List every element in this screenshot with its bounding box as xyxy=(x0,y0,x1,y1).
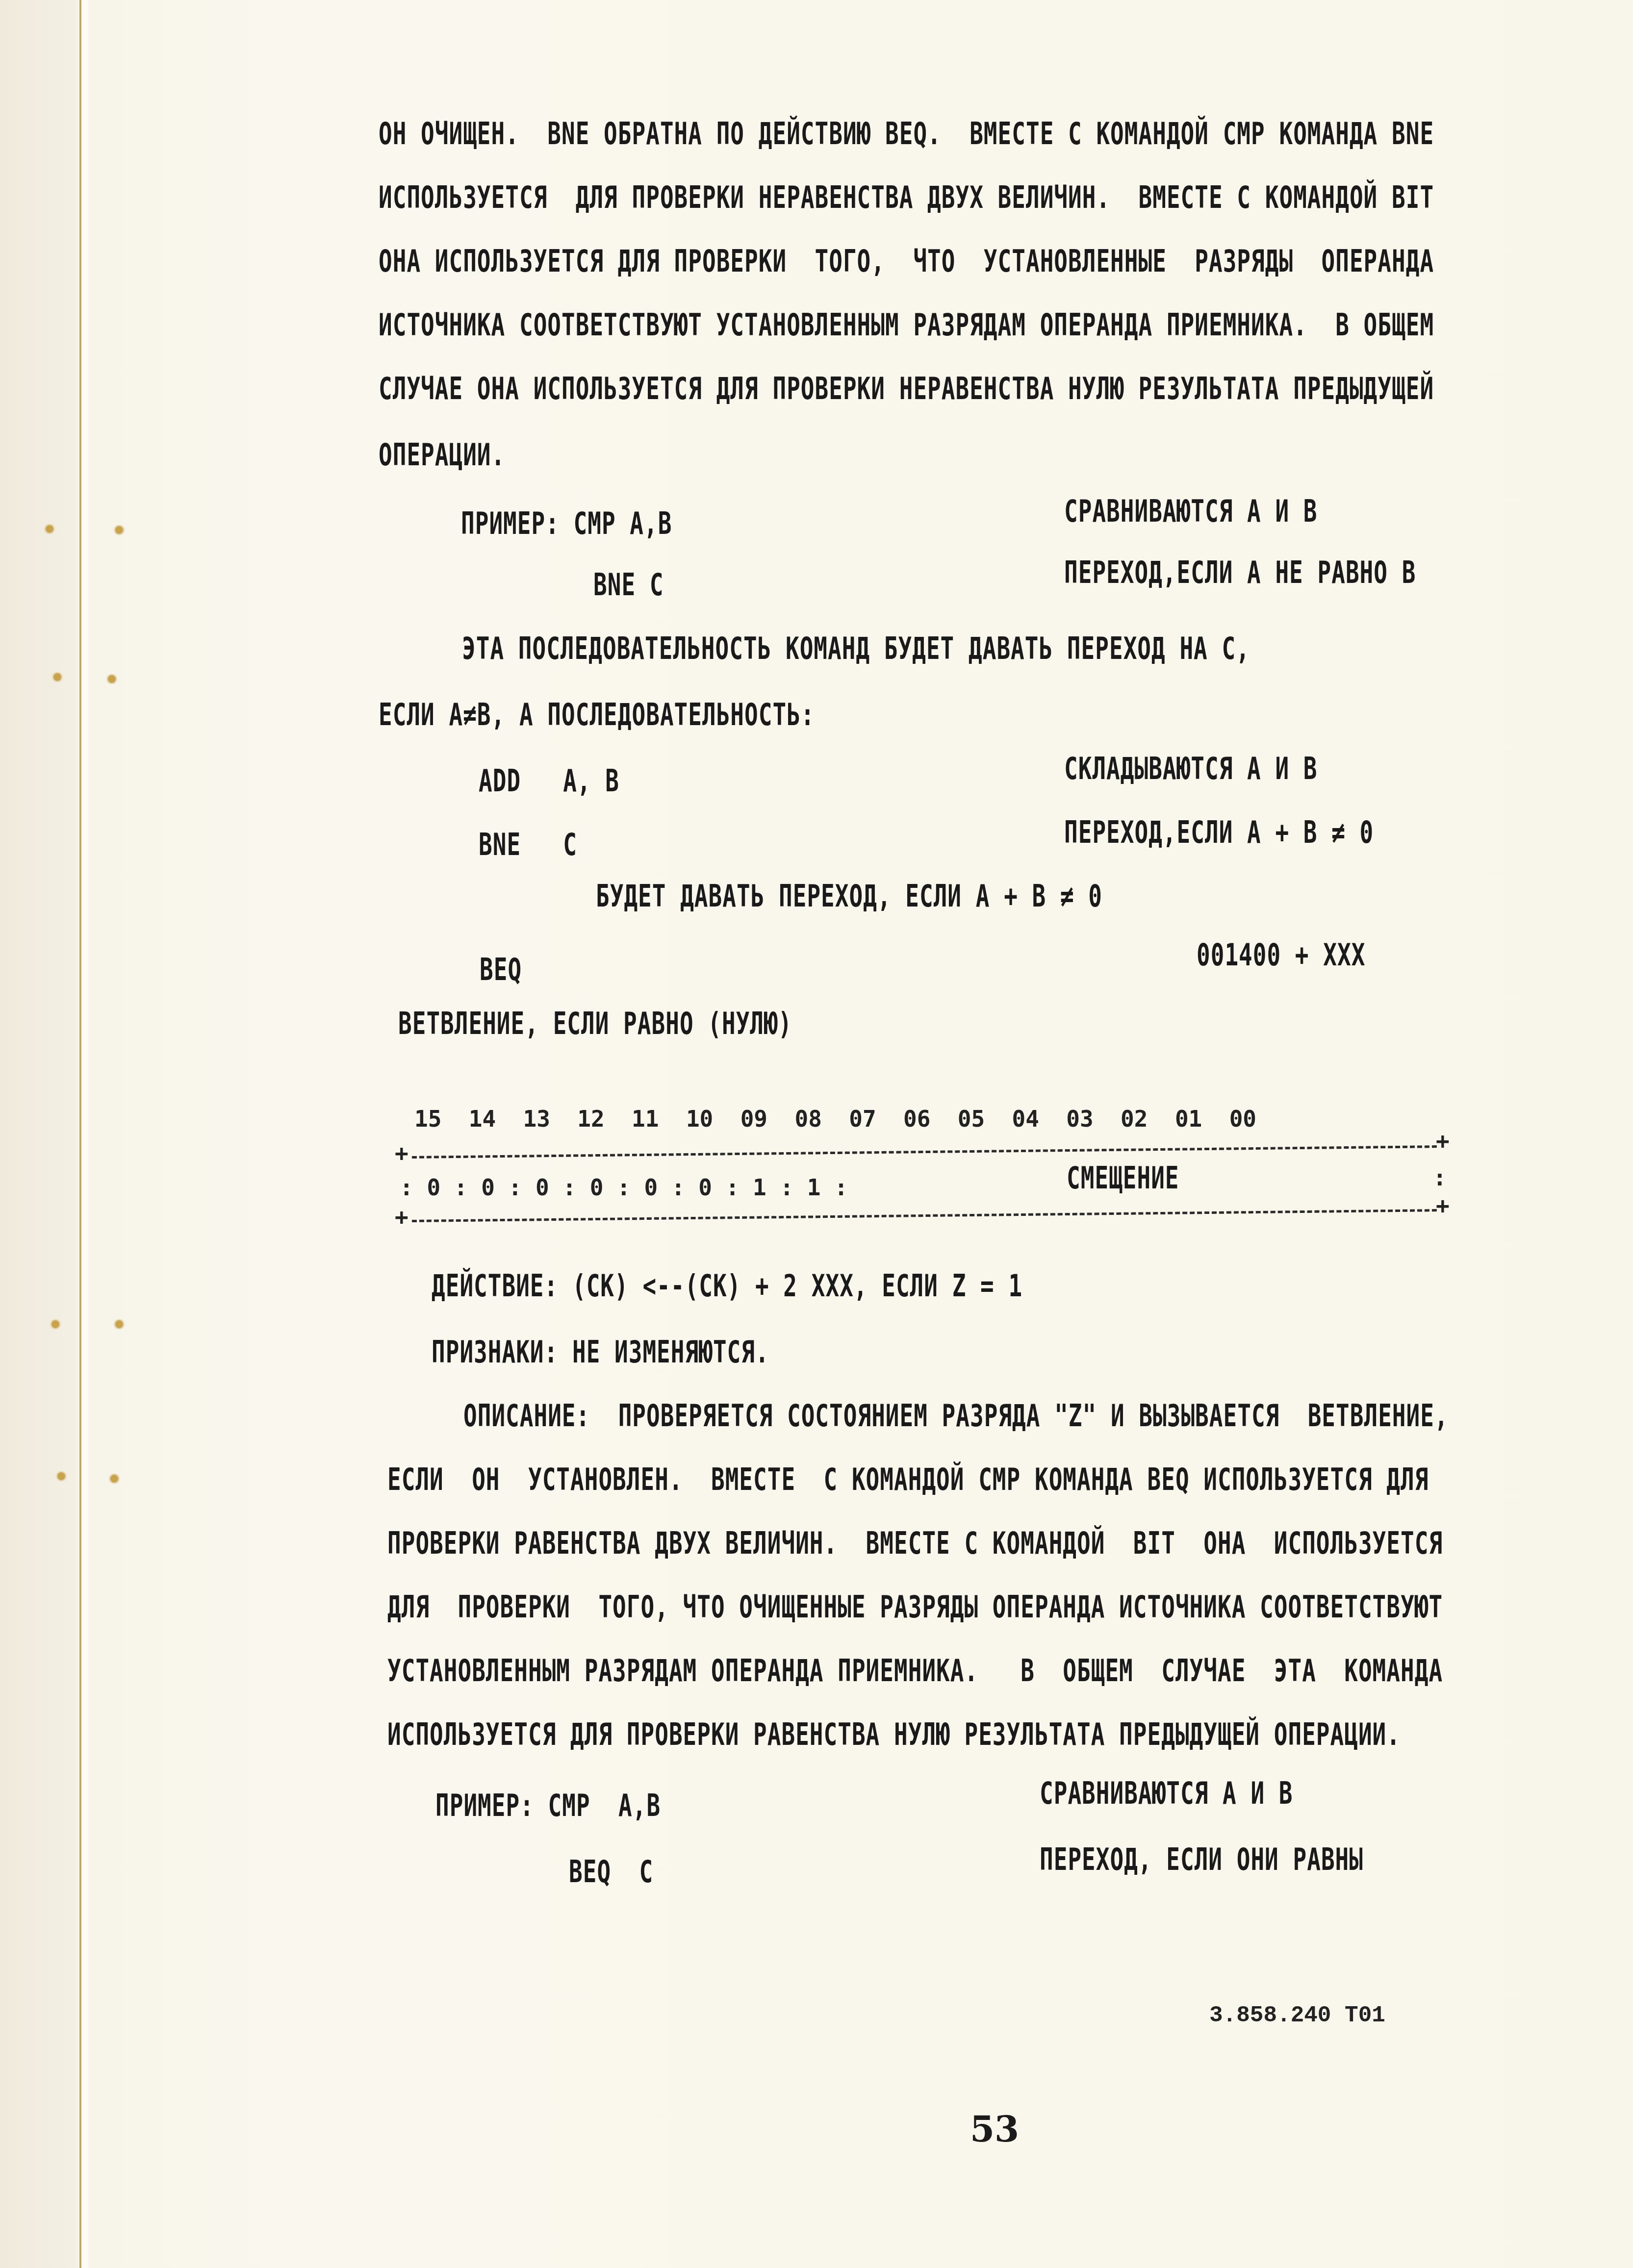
bne-paragraph-line: ОПЕРАЦИИ. xyxy=(379,437,505,473)
beq-example-code-2: BEQ C xyxy=(569,1854,653,1890)
beq-opcode: 001400 + XXX xyxy=(1197,937,1365,973)
bne-paragraph-line: ОНА ИСПОЛЬЗУЕТСЯ ДЛЯ ПРОВЕРКИ ТОГО, ЧТО … xyxy=(379,243,1434,279)
beq-description-line: ЕСЛИ ОН УСТАНОВЛЕН. ВМЕСТЕ С КОМАНДОЙ CM… xyxy=(387,1462,1429,1497)
sequence-code-2: BNE C xyxy=(479,827,577,862)
beq-description-line: ИСПОЛЬЗУЕТСЯ ДЛЯ ПРОВЕРКИ РАВЕНСТВА НУЛЮ… xyxy=(387,1716,1401,1752)
bitfield-corner: + xyxy=(395,1204,408,1230)
beq-description-line: ДЛЯ ПРОВЕРКИ ТОГО, ЧТО ОЧИЩЕННЫЕ РАЗРЯДЫ… xyxy=(387,1589,1443,1625)
bitfield-corner: + xyxy=(1436,1192,1450,1219)
bne-paragraph-line: ОН ОЧИЩЕН. BNE ОБРАТНА ПО ДЕЙСТВИЮ BEQ. … xyxy=(379,116,1434,151)
binding-hole xyxy=(113,1319,126,1330)
page-number: 53 xyxy=(970,2108,1019,2150)
bne-example-explanation-1: ЭТА ПОСЛЕДОВАТЕЛЬНОСТЬ КОМАНД БУДЕТ ДАВА… xyxy=(462,630,1250,666)
beq-title: ВЕТВЛЕНИЕ, ЕСЛИ РАВНО (НУЛЮ) xyxy=(398,1006,792,1041)
bne-example-comment-1: СРАВНИВАЮТСЯ А И В xyxy=(1064,493,1318,529)
bitfield-corner: + xyxy=(1436,1128,1450,1154)
binding-hole xyxy=(49,1319,62,1330)
bit-values-row: : 0 : 0 : 0 : 0 : 0 : 0 : 1 : 1 : xyxy=(400,1174,848,1201)
document-code: 3.858.240 Т01 xyxy=(1209,2003,1385,2028)
beq-example-comment-1: СРАВНИВАЮТСЯ А И В xyxy=(1040,1775,1293,1811)
bitfield-right-divider: : xyxy=(1433,1164,1447,1191)
bne-example-code-1: ПРИМЕР: CMP A,B xyxy=(461,505,672,541)
beq-description-line: ПРОВЕРКИ РАВЕНСТВА ДВУХ ВЕЛИЧИН. ВМЕСТЕ … xyxy=(387,1525,1443,1561)
sequence-code-1: ADD A, B xyxy=(479,763,619,799)
beq-flags: ПРИЗНАКИ: НЕ ИЗМЕНЯЮТСЯ. xyxy=(432,1334,769,1370)
sequence-comment-1: СКЛАДЫВАЮТСЯ А И В xyxy=(1064,751,1318,786)
beq-action: ДЕЙСТВИЕ: (СК) <--(СК) + 2 XXX, ЕСЛИ Z =… xyxy=(432,1268,1022,1304)
bitfield-corner: + xyxy=(395,1140,408,1166)
sequence-conclusion: БУДЕТ ДАВАТЬ ПЕРЕХОД, ЕСЛИ А + В ≠ 0 xyxy=(596,878,1102,914)
bne-example-explanation-2: ЕСЛИ А≠В, А ПОСЛЕДОВАТЕЛЬНОСТЬ: xyxy=(379,697,815,732)
binding-edge-highlight xyxy=(81,0,88,2268)
binding-hole xyxy=(55,1471,68,1482)
bne-paragraph-line: СЛУЧАЕ ОНА ИСПОЛЬЗУЕТСЯ ДЛЯ ПРОВЕРКИ НЕР… xyxy=(379,371,1434,406)
binding-hole xyxy=(108,1473,121,1484)
binding-hole xyxy=(51,672,64,682)
beq-description-line: ОПИСАНИЕ: ПРОВЕРЯЕТСЯ СОСТОЯНИЕМ РАЗРЯДА… xyxy=(463,1398,1449,1434)
binding-hole xyxy=(105,674,118,684)
bne-example-code-2: BNE C xyxy=(593,567,663,603)
bne-example-comment-2: ПЕРЕХОД,ЕСЛИ А НЕ РАВНО В xyxy=(1064,554,1416,590)
binding-hole xyxy=(113,525,126,535)
bne-paragraph-line: ИСТОЧНИКА СООТВЕТСТВУЮТ УСТАНОВЛЕННЫМ РА… xyxy=(379,307,1434,343)
binding-hole xyxy=(43,524,56,534)
beq-description-line: УСТАНОВЛЕННЫМ РАЗРЯДАМ ОПЕРАНДА ПРИЕМНИК… xyxy=(387,1653,1443,1688)
bne-paragraph-line: ИСПОЛЬЗУЕТСЯ ДЛЯ ПРОВЕРКИ НЕРАВЕНСТВА ДВ… xyxy=(379,179,1434,215)
beq-mnemonic: BEQ xyxy=(480,952,522,987)
sequence-comment-2: ПЕРЕХОД,ЕСЛИ А + В ≠ 0 xyxy=(1064,814,1374,850)
beq-example-code-1: ПРИМЕР: CMP A,B xyxy=(435,1788,661,1823)
bit-numbers-row: 15 14 13 12 11 10 09 08 07 06 05 04 03 0… xyxy=(414,1106,1256,1132)
offset-label: СМЕЩЕНИЕ xyxy=(1067,1160,1179,1196)
beq-example-comment-2: ПЕРЕХОД, ЕСЛИ ОНИ РАВНЫ xyxy=(1040,1841,1363,1877)
